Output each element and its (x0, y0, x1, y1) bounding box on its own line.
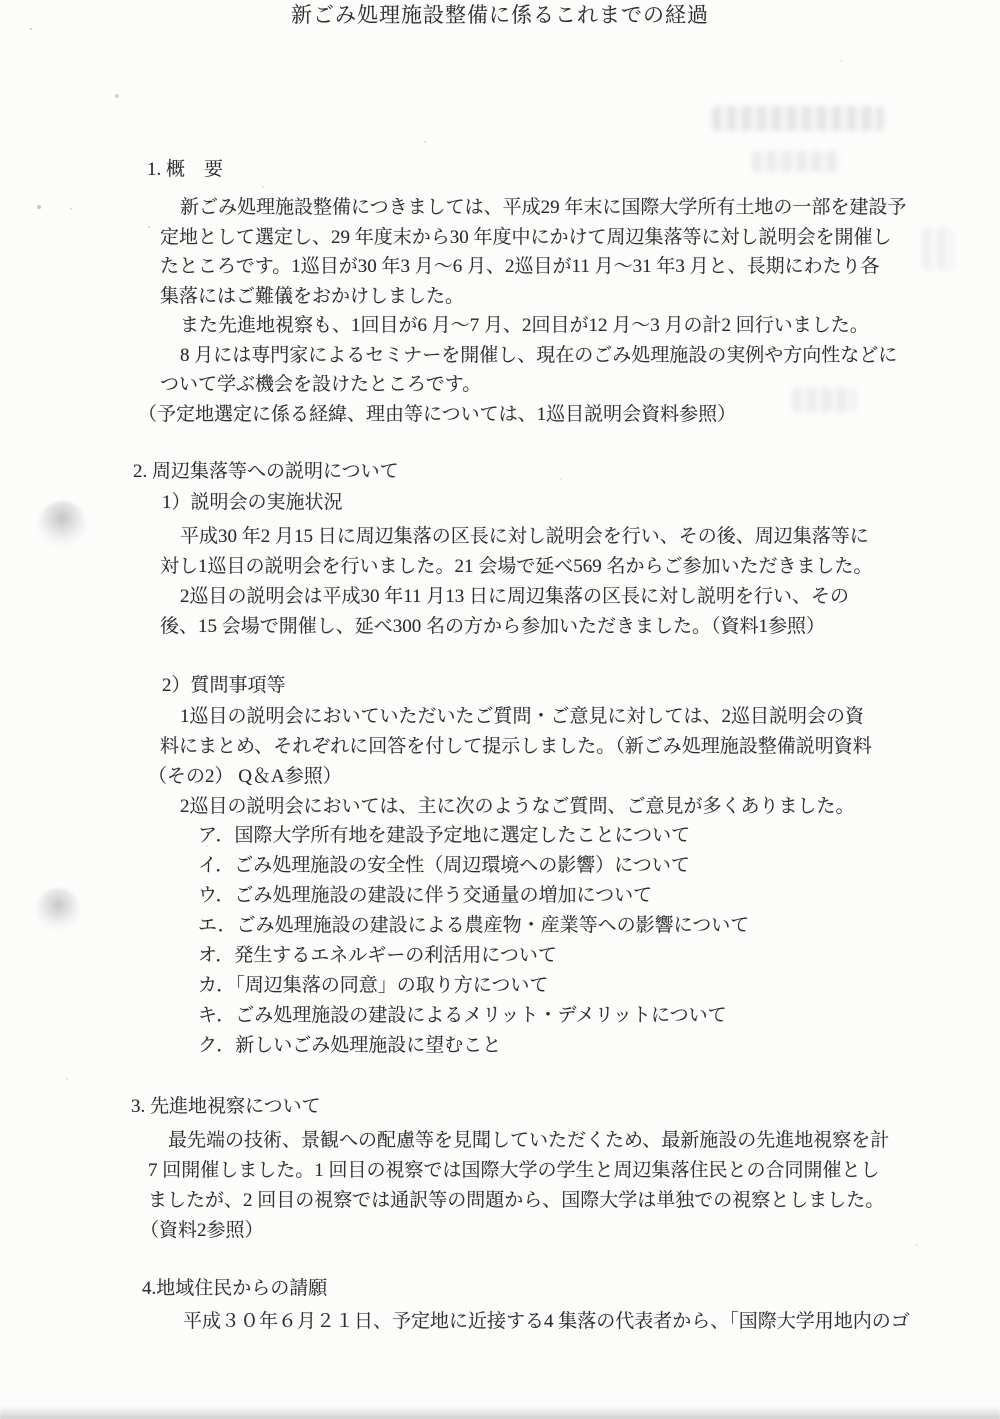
text-line: （予定地選定に係る経緯、理由等については、1巡目説明会資料参照） (138, 400, 906, 430)
subsection-2-2-heading: 2）質問事項等 (162, 671, 286, 701)
text-line: 7 回開催しました。1 回目の視察では国際大学の学生と周辺集落住民との合同開催と… (148, 1156, 889, 1186)
text-line: 定地として選定し、29 年度末から30 年度中にかけて周辺集落等に対し説明会を開… (160, 223, 906, 253)
text-line: 8 月には専門家によるセミナーを開催し、現在のごみ処理施設の実例や方向性などに (160, 341, 906, 371)
question-item: キ．ごみ処理施設の建設によるメリット・デメリットについて (198, 1001, 749, 1031)
text-line: ついて学ぶ機会を設けたところです。 (160, 370, 906, 400)
question-list: ア．国際大学所有地を建設予定地に選定したことについて イ．ごみ処理施設の安全性（… (198, 821, 749, 1061)
section-3-body: 最先端の技術、景観への配慮等を見聞していただくため、最新施設の先進地視察を計 7… (148, 1126, 889, 1246)
section-1-body: 新ごみ処理施設整備につきましては、平成29 年末に国際大学所有土地の一部を建設予… (160, 193, 906, 429)
section-3-heading: 3. 先進地視察について (131, 1092, 321, 1122)
subsection-2-1-heading: 1）説明会の実施状況 (162, 488, 343, 518)
question-item: ウ．ごみ処理施設の建設に伴う交通量の増加について (198, 881, 749, 911)
subsection-2-2-body: 1巡目の説明会においていただいたご質問・ご意見に対しては、2巡目説明会の資 料に… (160, 702, 872, 822)
subsection-2-1-body: 平成30 年2 月15 日に周辺集落の区長に対し説明会を行い、その後、周辺集落等… (160, 522, 873, 642)
hole-punch-bottom (36, 888, 80, 932)
section-2-heading: 2. 周辺集落等への説明について (133, 457, 399, 487)
section-4-heading: 4.地域住民からの請願 (142, 1274, 327, 1304)
text-line: 対し1巡目の説明会を行いました。21 会場で延べ569 名からご参加いただきまし… (160, 552, 873, 582)
scanned-document-page: 新ごみ処理施設整備に係るこれまでの経過 1. 概 要 新ごみ処理施設整備につきま… (0, 0, 1000, 1419)
question-item: オ．発生するエネルギーの利活用について (198, 941, 749, 971)
text-line: ましたが、2 回目の視察では通訳等の問題から、国際大学は単独での視察としました。 (148, 1186, 889, 1216)
text-line: また先進地視察も、1回目が6 月～7 月、2回目が12 月～3 月の計2 回行い… (160, 311, 906, 341)
question-item: ク．新しいごみ処理施設に望むこと (198, 1031, 749, 1061)
scan-edge-shadow (0, 1406, 1000, 1419)
document-title: 新ごみ処理施設整備に係るこれまでの経過 (0, 0, 1000, 30)
hole-punch-top (38, 501, 86, 549)
text-line: 料にまとめ、それぞれに回答を付して提示しました。（新ごみ処理施設整備説明資料 (160, 732, 872, 762)
text-line: 新ごみ処理施設整備につきましては、平成29 年末に国際大学所有土地の一部を建設予 (160, 193, 906, 223)
text-line: 平成30 年2 月15 日に周辺集落の区長に対し説明会を行い、その後、周辺集落等… (160, 522, 873, 552)
section-4-body: 平成３０年６月２１日、予定地に近接する4 集落の代表者から、「国際大学用地内のゴ (163, 1307, 910, 1337)
question-item: イ．ごみ処理施設の安全性（周辺環境への影響）について (198, 851, 749, 881)
text-line: （その2） Q＆A参照） (148, 762, 872, 792)
question-item: カ．「周辺集落の同意」の取り方について (198, 971, 749, 1001)
question-item: ア．国際大学所有地を建設予定地に選定したことについて (198, 821, 749, 851)
text-line: 平成３０年６月２１日、予定地に近接する4 集落の代表者から、「国際大学用地内のゴ (163, 1307, 910, 1337)
text-line: 後、15 会場で開催し、延べ300 名の方から参加いただきました。（資料1参照） (160, 612, 873, 642)
text-line: 2巡目の説明会においては、主に次のようなご質問、ご意見が多くありました。 (160, 792, 872, 822)
text-line: （資料2参照） (140, 1216, 889, 1246)
text-line: たところです。1巡目が30 年3 月～6 月、2巡目が11 月～31 年3 月と… (160, 252, 906, 282)
ink-bleedthrough-smudge (752, 151, 840, 172)
question-item: エ．ごみ処理施設の建設による農産物・産業等への影響について (198, 911, 749, 941)
text-line: 最先端の技術、景観への配慮等を見聞していただくため、最新施設の先進地視察を計 (148, 1126, 889, 1156)
section-1-heading: 1. 概 要 (147, 155, 223, 185)
ink-bleedthrough-smudge (712, 106, 884, 131)
text-line: 2巡目の説明会は平成30 年11 月13 日に周辺集落の区長に対し説明を行い、そ… (160, 582, 873, 612)
text-line: 1巡目の説明会においていただいたご質問・ご意見に対しては、2巡目説明会の資 (160, 702, 872, 732)
text-line: 集落にはご難儀をおかけしました。 (160, 282, 906, 312)
ink-bleedthrough-smudge (922, 228, 954, 270)
